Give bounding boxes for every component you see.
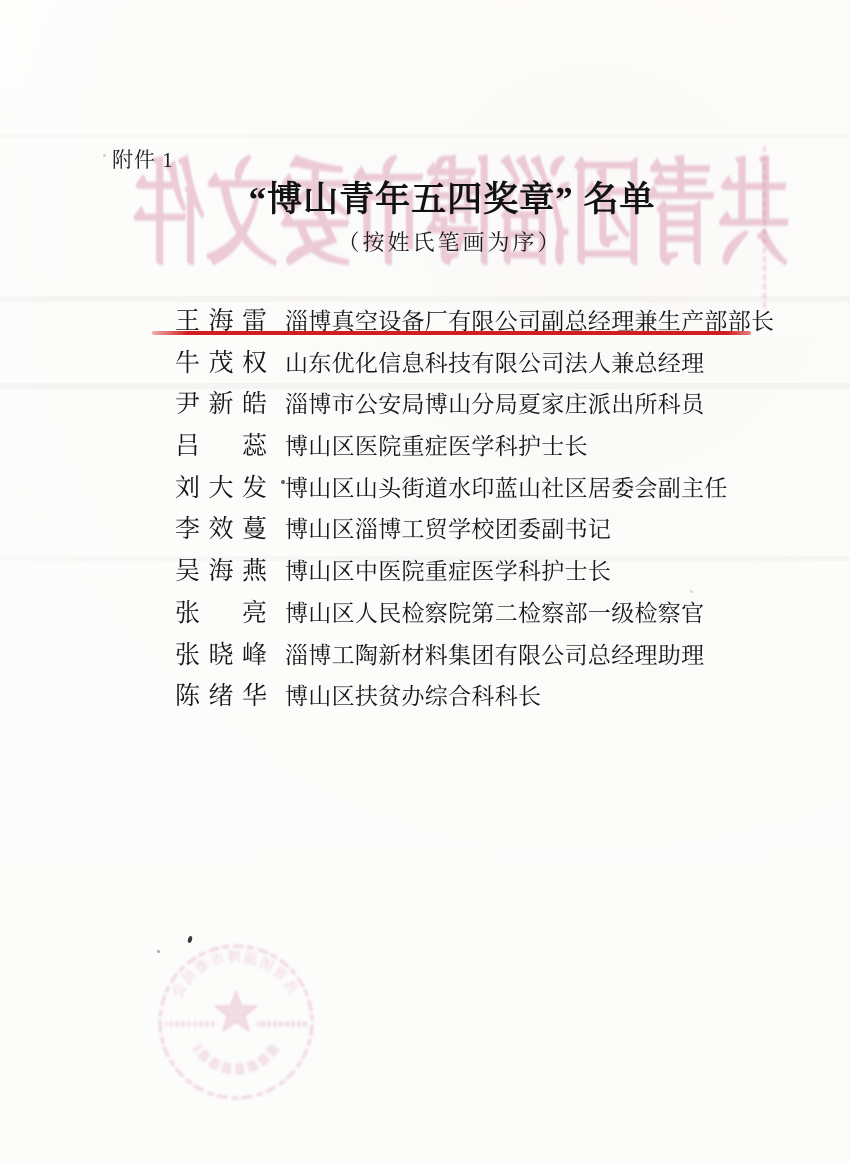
scan-speck — [187, 936, 193, 944]
scan-speck — [103, 154, 106, 157]
awardee-title: 博山区淄博工贸学校团委副书记 — [285, 511, 611, 544]
list-row: 牛茂权 山东优化信息科技有限公司法人兼总经理 — [175, 342, 815, 384]
scan-speck — [157, 950, 160, 953]
stamp-star-icon — [215, 991, 257, 1031]
red-underline — [152, 331, 751, 335]
awardee-name: 尹新皓 — [175, 384, 267, 420]
awardee-title: 淄博工陶新材料集团有限公司总经理助理 — [285, 637, 704, 670]
awardee-title: 博山区医院重症医学科护士长 — [285, 428, 588, 461]
awardee-list: 王海雷 淄博真空设备厂有限公司副总经理兼生产部部长 牛茂权 山东优化信息科技有限… — [175, 300, 815, 717]
list-row: 王海雷 淄博真空设备厂有限公司副总经理兼生产部部长 — [175, 300, 815, 342]
awardee-title: 博山区中医院重症医学科护士长 — [285, 553, 611, 586]
page-subtitle: （按姓氏笔画为序） — [25, 226, 850, 257]
list-row: 陈绪华 博山区扶贫办综合科科长 — [175, 675, 815, 717]
stamp-arc-text: 共青团淄博市委员会 — [169, 948, 301, 1001]
awardee-name: 牛茂权 — [175, 343, 267, 379]
awardee-name: 李效蔓 — [175, 509, 267, 545]
svg-text:共青团淄博市委员会: 共青团淄博市委员会 — [169, 948, 301, 1001]
awardee-name: 张 亮 — [175, 593, 267, 629]
awardee-title: 博山区山头街道水印蓝山社区居委会副主任 — [285, 470, 728, 503]
list-row: 张 亮 博山区人民检察院第二检察部一级检察官 — [175, 592, 815, 634]
list-row: 吕 蕊 博山区医院重症医学科护士长 — [175, 425, 815, 467]
list-row: 尹新皓 淄博市公安局博山分局夏家庄派出所科员 — [175, 383, 815, 425]
stamp-bottom-text — [197, 1047, 275, 1070]
scan-streak — [0, 134, 850, 138]
awardee-title: 博山区扶贫办综合科科长 — [285, 678, 541, 711]
awardee-name: 陈绪华 — [175, 676, 267, 712]
stamp-circle — [160, 946, 312, 1098]
awardee-title: 山东优化信息科技有限公司法人兼总经理 — [285, 345, 704, 378]
circular-stamp-bleedthrough: 共青团淄博市委员会 — [153, 940, 317, 1104]
list-row: 刘大发 博山区山头街道水印蓝山社区居委会副主任 — [175, 467, 815, 509]
attachment-label: 附件 1 — [112, 144, 174, 174]
awardee-name: 吴海燕 — [175, 551, 267, 587]
awardee-name: 吕 蕊 — [175, 426, 267, 462]
scanned-document-page: 共青团淄博市委文件 附件 1 “博山青年五四奖章” 名单 （按姓氏笔画为序） 王… — [0, 0, 850, 1164]
awardee-title: 淄博市公安局博山分局夏家庄派出所科员 — [285, 386, 704, 419]
awardee-name: 刘大发 — [175, 468, 267, 504]
awardee-title: 博山区人民检察院第二检察部一级检察官 — [285, 595, 704, 628]
awardee-name: 张晓峰 — [175, 635, 267, 671]
page-title: “博山青年五四奖章” 名单 — [27, 172, 850, 222]
list-row: 吴海燕 博山区中医院重症医学科护士长 — [175, 550, 815, 592]
list-row: 张晓峰 淄博工陶新材料集团有限公司总经理助理 — [175, 634, 815, 676]
list-row: 李效蔓 博山区淄博工贸学校团委副书记 — [175, 508, 815, 550]
